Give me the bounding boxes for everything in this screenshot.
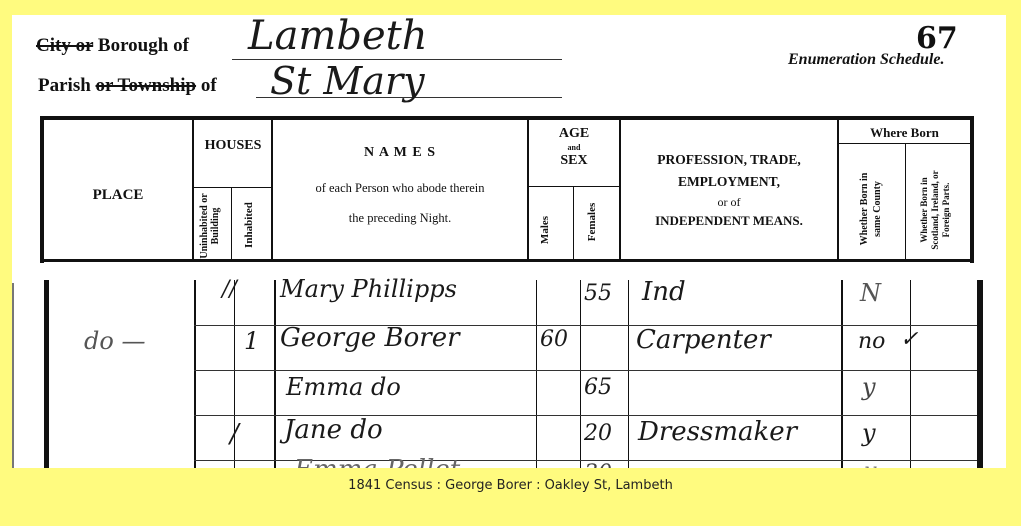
- divider: [194, 280, 196, 468]
- col-born-same-county: Whether Born in same County: [858, 161, 886, 257]
- row-1-same-county: no: [858, 329, 885, 354]
- row-4-female-age: 30: [584, 461, 612, 468]
- row-1-foreign-check: ✓: [900, 327, 918, 352]
- divider: [580, 280, 581, 468]
- divider: [536, 280, 537, 468]
- col-houses: HOUSES: [194, 138, 272, 154]
- divider: [619, 120, 621, 261]
- row-4-same-county: y: [864, 459, 876, 468]
- body-left-border: [44, 280, 49, 468]
- col-profession-3: or of: [621, 195, 837, 210]
- schedule-title: Enumeration Schedule.: [788, 51, 944, 69]
- col-houses-inhabited: Inhabited: [244, 186, 258, 264]
- row-0-inhabited: //: [222, 277, 237, 302]
- col-age-females: Females: [587, 194, 601, 250]
- col-houses-uninhabited: Uninhabited or Building: [199, 190, 221, 262]
- row-3-name: Jane do: [284, 415, 383, 445]
- row-2-same-county: y: [862, 373, 876, 401]
- col-profession-2: EMPLOYMENT,: [621, 174, 837, 190]
- divider: [529, 186, 621, 187]
- image-caption: 1841 Census : George Borer : Oakley St, …: [0, 478, 1021, 493]
- row-rule: [194, 370, 977, 371]
- parish-value: St Mary: [270, 59, 425, 103]
- row-1-place: do —: [84, 327, 145, 355]
- row-1-male-age: 60: [540, 327, 568, 352]
- edge-mark: [12, 283, 14, 468]
- divider: [910, 280, 911, 468]
- divider: [841, 280, 843, 468]
- borough-line: City or Borough of: [36, 35, 189, 57]
- row-3-female-age: 20: [584, 421, 612, 446]
- header-bottom-border: [40, 259, 974, 262]
- row-1-name: George Borer: [280, 323, 460, 353]
- parish-line: Parish or Township of: [38, 75, 217, 97]
- parish-label: Parish: [38, 75, 91, 96]
- col-profession-1: PROFESSION, TRADE,: [621, 152, 837, 168]
- divider: [628, 280, 629, 468]
- col-profession-4: INDEPENDENT MEANS.: [621, 213, 837, 229]
- row-0-same-county: N: [860, 279, 881, 307]
- divider: [274, 280, 276, 468]
- row-1-inhabited: 1: [244, 327, 259, 355]
- struck-city-or: City or: [36, 35, 93, 56]
- borough-label: Borough of: [98, 35, 189, 56]
- table-right-border: [970, 116, 974, 263]
- row-2-female-age: 65: [584, 375, 612, 400]
- col-age-title: AGE: [529, 126, 619, 142]
- parish-of: of: [201, 75, 217, 96]
- divider: [905, 143, 906, 261]
- borough-value: Lambeth: [248, 15, 427, 59]
- row-3-profession: Dressmaker: [638, 417, 797, 447]
- col-where-born: Where Born: [839, 125, 970, 141]
- col-place: PLACE: [44, 187, 192, 204]
- col-names-sub2: the preceding Night.: [273, 211, 527, 226]
- struck-township: or Township: [96, 75, 197, 96]
- row-0-female-age: 55: [584, 281, 612, 306]
- table-top-border: [40, 116, 974, 120]
- col-names-title: N A M E S: [273, 145, 527, 161]
- divider: [231, 187, 232, 261]
- row-0-name: Mary Phillipps: [280, 275, 457, 303]
- col-age-males: Males: [540, 205, 554, 255]
- col-born-foreign: Whether Born in Scotland, Ireland, or Fo…: [919, 160, 955, 260]
- census-page-image: City or Borough of Lambeth Parish or Tow…: [12, 15, 1006, 468]
- row-2-name: Emma do: [286, 373, 401, 401]
- row-4-name: Emma Pellet: [294, 455, 460, 468]
- row-0-profession: Ind: [642, 277, 686, 307]
- row-3-inhabited: /: [230, 419, 239, 449]
- row-1-profession: Carpenter: [636, 325, 771, 355]
- col-names-sub1: of each Person who abode therein: [273, 181, 527, 196]
- divider: [837, 120, 839, 261]
- body-right-border: [977, 280, 983, 468]
- divider: [194, 187, 272, 188]
- divider: [573, 186, 574, 261]
- col-age-sex: SEX: [529, 153, 619, 169]
- col-age-and: and: [529, 143, 619, 152]
- row-3-same-county: y: [862, 419, 876, 447]
